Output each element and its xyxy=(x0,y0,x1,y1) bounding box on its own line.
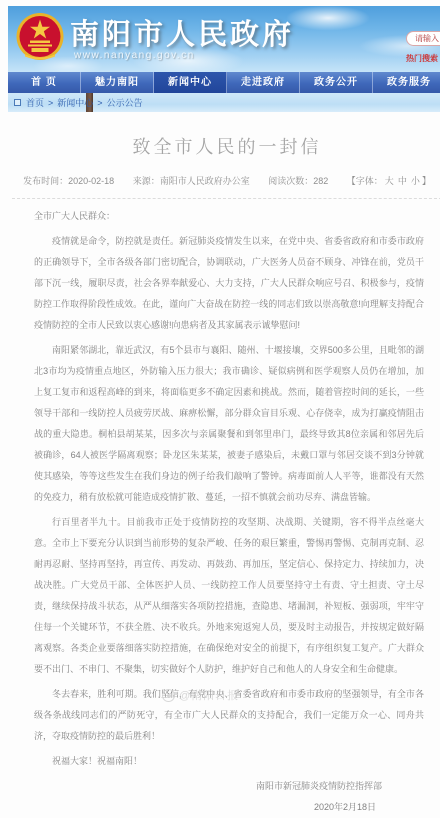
salutation: 全市广大人民群众： xyxy=(34,206,424,227)
site-banner: 南阳市人民政府 www.nanyang.gov.cn 请输入 热门搜索 xyxy=(8,6,440,72)
page-container: 南阳市人民政府 www.nanyang.gov.cn 请输入 热门搜索 首 页 … xyxy=(8,6,440,712)
font-size-suffix: 】 xyxy=(422,176,431,186)
weibo-camera-icon xyxy=(162,689,175,702)
view-count: 阅读次数：282 xyxy=(268,176,328,186)
breadcrumb-separator: > xyxy=(97,98,102,108)
main-nav: 首 页 魅力南阳 新闻中心 走进政府 政务公开 政务服务 xyxy=(8,72,440,93)
watermark: @南阳日报 xyxy=(162,687,239,703)
font-size-prefix: 【字体： xyxy=(347,176,383,186)
article-title: 致全市人民的一封信 xyxy=(8,133,440,159)
site-url: www.nanyang.gov.cn xyxy=(74,50,195,61)
watermark-text: @南阳日报 xyxy=(179,687,239,703)
nav-item-charm-nanyang[interactable]: 魅力南阳 xyxy=(81,72,154,93)
breadcrumb-home-link[interactable]: 首页 xyxy=(26,96,44,109)
font-size-control: 【字体：大中小】 xyxy=(347,176,431,186)
paragraph: 疫情就是命令，防控就是责任。新冠肺炎疫情发生以来，在党中央、省委省政府和市委市政… xyxy=(34,231,424,336)
article-source: 来源：南阳市人民政府办公室 xyxy=(133,176,250,186)
article-region: 致全市人民的一封信 发布时间：2020-02-18 来源：南阳市人民政府办公室 … xyxy=(8,133,440,712)
china-national-emblem-icon xyxy=(15,10,65,66)
font-size-medium-button[interactable]: 中 xyxy=(398,176,407,186)
font-size-large-button[interactable]: 大 xyxy=(385,176,394,186)
breadcrumb-separator: > xyxy=(48,98,53,108)
search-input[interactable]: 请输入 xyxy=(406,31,440,46)
font-size-small-button[interactable]: 小 xyxy=(411,176,420,186)
article-meta: 发布时间：2020-02-18 来源：南阳市人民政府办公室 阅读次数：282 【… xyxy=(8,174,440,187)
breadcrumb-section-link[interactable]: 新闻中心 xyxy=(57,96,93,109)
publish-date: 发布时间：2020-02-18 xyxy=(23,176,114,186)
site-title: 南阳市人民政府 xyxy=(70,12,294,53)
breadcrumb: 首页 > 新闻中心 > 公示公告 xyxy=(8,93,440,112)
hot-search-link[interactable]: 热门搜索 xyxy=(406,53,438,64)
breadcrumb-strip: 首页 > 新闻中心 > 公示公告 xyxy=(8,93,440,112)
paragraph: 行百里者半九十。目前我市正处于疫情防控的攻坚期、决战期、关键期，容不得半点丝毫大… xyxy=(34,512,424,680)
nav-item-news-center[interactable]: 新闻中心 xyxy=(154,72,227,93)
breadcrumb-square-icon xyxy=(14,99,21,106)
nav-item-home[interactable]: 首 页 xyxy=(8,72,81,93)
breadcrumb-page-link[interactable]: 公示公告 xyxy=(107,96,143,109)
nav-item-gov-services[interactable]: 政务服务 xyxy=(373,72,440,93)
nav-item-gov-affairs[interactable]: 政务公开 xyxy=(300,72,373,93)
nav-item-about-government[interactable]: 走进政府 xyxy=(227,72,300,93)
paragraph: 南阳紧邻湖北，靠近武汉，有5个县市与襄阳、随州、十堰接壤，交界500多公里，且毗… xyxy=(34,340,424,508)
article-body: 全市广大人民群众： 疫情就是命令，防控就是责任。新冠肺炎疫情发生以来，在党中央、… xyxy=(8,199,440,712)
